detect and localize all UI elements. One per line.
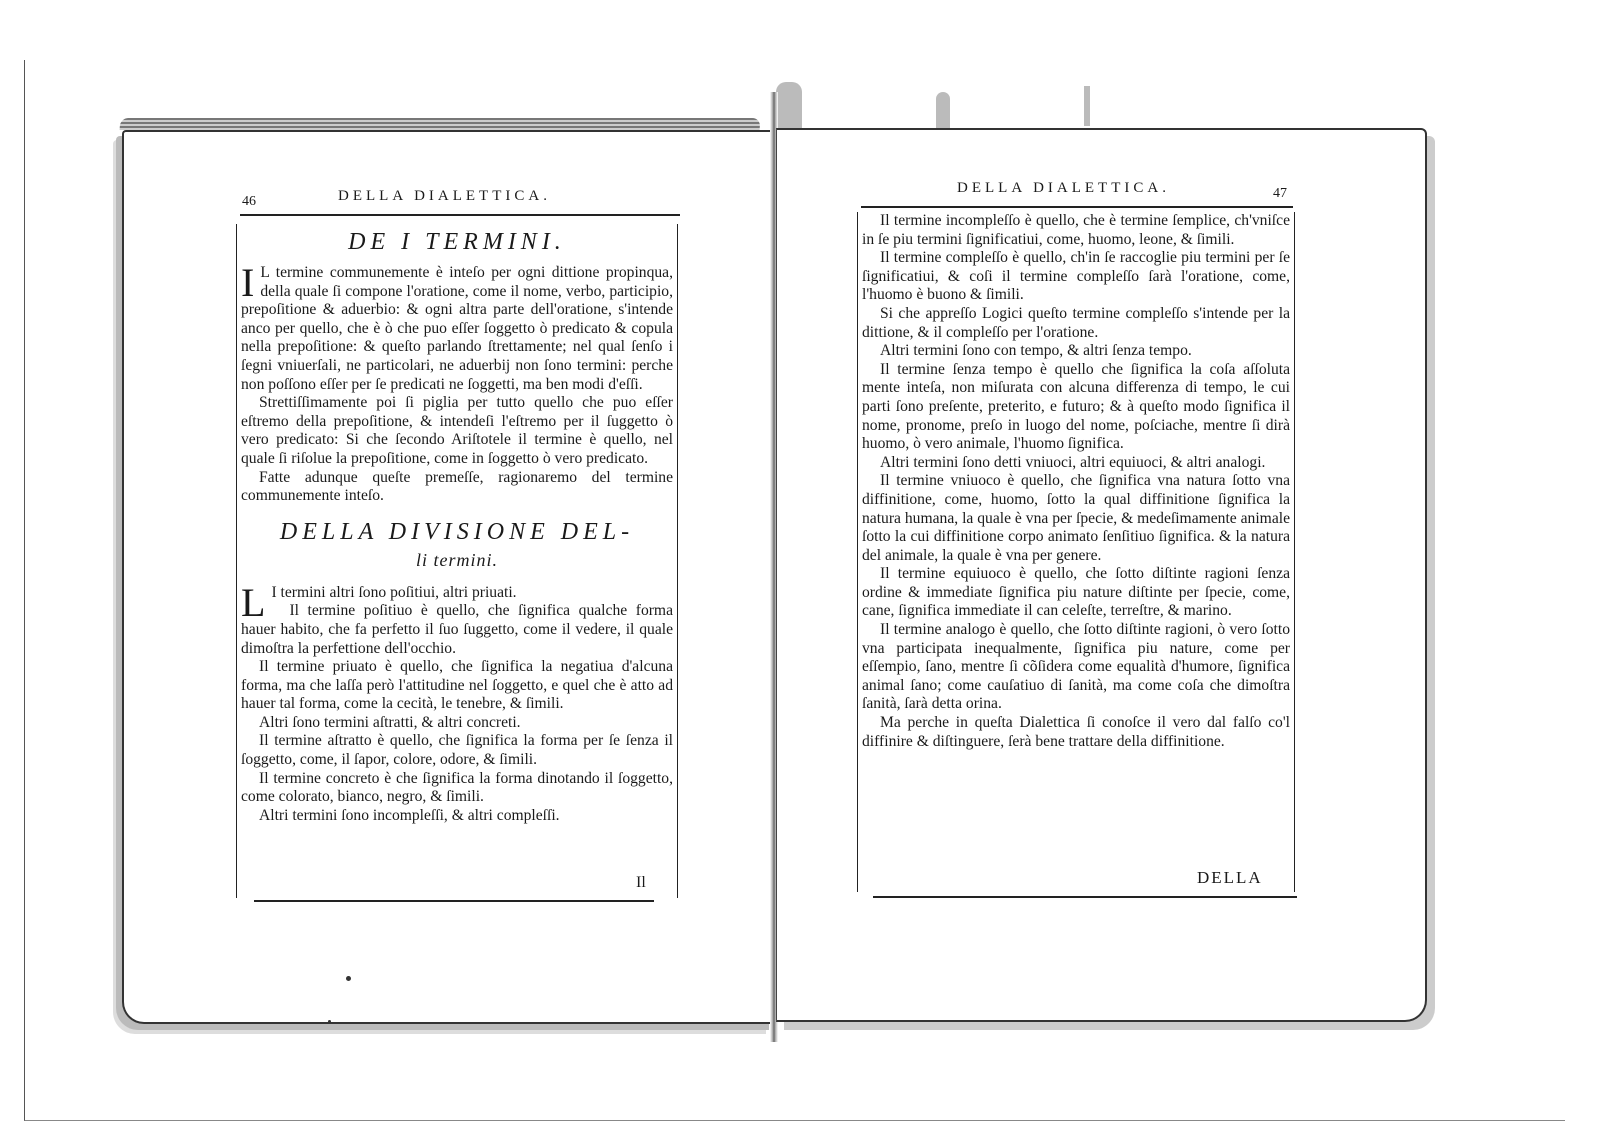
header-rule (861, 206, 1293, 208)
paragraph: Il termine ſenza tempo è quello che ſign… (862, 361, 1290, 454)
footer-rule (873, 896, 1297, 898)
ink-speck (328, 1020, 331, 1023)
section-title: DELLA DIVISIONE DEL- (241, 518, 673, 546)
right-page: DELLA DIALETTICA. 47 Il termine incomple… (776, 128, 1427, 1022)
paragraph: Strettiſſimamente poi ſi piglia per tutt… (241, 394, 673, 468)
running-head: DELLA DIALETTICA. (338, 188, 551, 205)
paragraph: Altri termini ſono detti vniuoci, altri … (862, 454, 1290, 473)
paragraph: LI termini altri ſono poſitiui, altri pr… (241, 584, 673, 603)
paragraph: Il termine compleſſo è quello, ch'in ſe … (862, 249, 1290, 305)
page-tab (776, 82, 802, 130)
signature-mark: Il (636, 874, 646, 892)
paragraph: Il termine equiuoco è quello, che ſotto … (862, 565, 1290, 621)
paragraph: Il termine concreto è che ſignifica la f… (241, 770, 673, 807)
paragraph: Il termine priuato è quello, che ſignifi… (241, 658, 673, 714)
paragraph: IL termine communemente è inteſo per ogn… (241, 264, 673, 394)
paragraph: Altri termini ſono con tempo, & altri ſe… (862, 342, 1290, 361)
running-head: DELLA DIALETTICA. (957, 180, 1170, 197)
ink-speck (346, 976, 351, 981)
section-title: DE I TERMINI. (241, 228, 673, 256)
drop-cap: L (241, 586, 265, 620)
right-text-block: Il termine incompleſſo è quello, che è t… (857, 212, 1295, 892)
paragraph: Altri ſono termini aſtratti, & altri con… (241, 714, 673, 733)
paragraph: Fatte adunque queſte premeſſe, ragionare… (241, 469, 673, 506)
paragraph: Il termine aſtratto è quello, che ſignif… (241, 732, 673, 769)
header-rule (240, 214, 680, 216)
paragraph: Il termine analogo è quello, che ſotto d… (862, 621, 1290, 714)
paragraph: Il termine poſitiuo è quello, che ſignif… (241, 602, 673, 658)
paragraph: Altri termini ſono incompleſſi, & altri … (241, 807, 673, 826)
paragraph: Il termine vniuoco è quello, che ſignifi… (862, 472, 1290, 565)
page-number: 47 (1273, 186, 1287, 202)
open-book: 46 DELLA DIALETTICA. DE I TERMINI. IL te… (108, 112, 1448, 1032)
left-page: 46 DELLA DIALETTICA. DE I TERMINI. IL te… (122, 130, 775, 1024)
page-tab (1084, 86, 1090, 126)
paragraph: Il termine incompleſſo è quello, che è t… (862, 212, 1290, 249)
drop-cap: I (241, 266, 254, 300)
section-subtitle: li termini. (241, 548, 673, 572)
page-number: 46 (242, 194, 256, 210)
page-tab (936, 92, 950, 128)
catchword: DELLA (1197, 868, 1263, 888)
paragraph: Si che appreſſo Logici queſto termine co… (862, 305, 1290, 342)
left-text-block: DE I TERMINI. IL termine communemente è … (236, 224, 678, 898)
paragraph: Ma perche in queſta Dialettica ſi conoſc… (862, 714, 1290, 751)
footer-rule (254, 900, 654, 902)
